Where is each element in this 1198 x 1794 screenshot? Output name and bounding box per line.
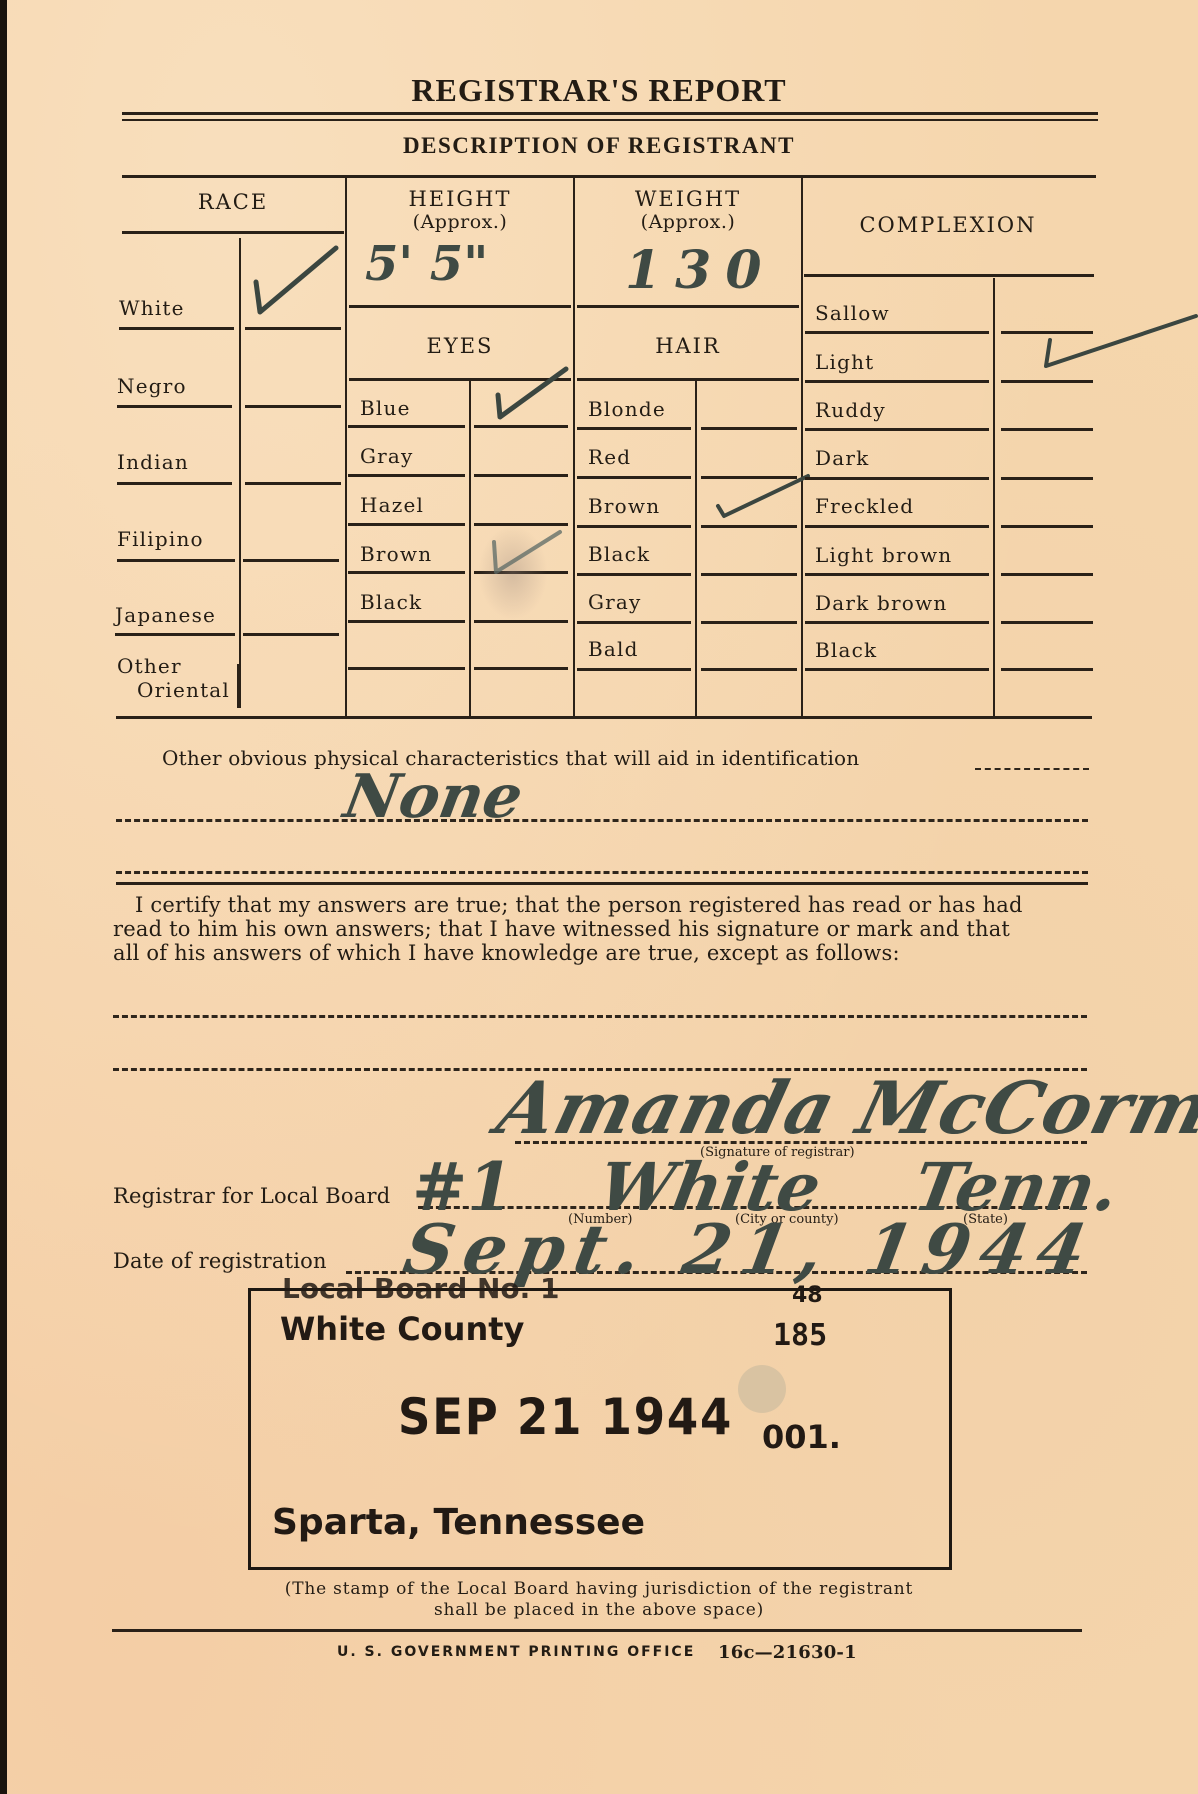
stamp-code-top: 48 — [792, 1283, 823, 1308]
height-value-rule — [349, 305, 571, 308]
date-label: Date of registration — [113, 1249, 327, 1273]
certification-line-1: I certify that my answers are true; that… — [135, 893, 1023, 917]
table-top-rule — [122, 175, 1096, 178]
stamp-board-number: Local Board No. 1 — [282, 1272, 560, 1305]
registrar-signature: Amanda McCormick — [489, 1065, 1198, 1150]
complexion-freckled: Freckled — [815, 494, 914, 518]
physical-line-1 — [116, 819, 1088, 822]
complexion-ruddy: Ruddy — [815, 398, 886, 422]
race-row-rule — [117, 405, 232, 408]
hair-red: Red — [588, 445, 631, 469]
complexion-light-brown: Light brown — [815, 543, 952, 567]
eyes-row-rule — [348, 667, 465, 670]
stamp-county: White County — [280, 1310, 524, 1348]
page-title: REGISTRAR'S REPORT — [0, 72, 1198, 109]
race-header: RACE — [122, 191, 344, 213]
certification-line-3: all of his answers of which I have knowl… — [113, 941, 900, 965]
physical-dash-end — [975, 768, 1089, 770]
hair-row-rule — [577, 668, 691, 671]
form-code: 16c—21630-1 — [718, 1641, 857, 1665]
complexion-sallow: Sallow — [815, 301, 890, 325]
complexion-row-rule — [805, 331, 989, 334]
hair-black: Black — [588, 542, 650, 566]
race-filipino: Filipino — [117, 527, 204, 551]
race-oriental-end — [237, 664, 239, 708]
race-row-rule — [117, 482, 232, 485]
hair-bald: Bald — [588, 637, 639, 661]
complexion-dark: Dark — [815, 446, 869, 470]
certification-line-2: read to him his own answers; that I have… — [113, 917, 1010, 941]
stamp-code-bottom: 001. — [762, 1418, 841, 1456]
complexion-row-rule — [1001, 573, 1093, 576]
race-white: White — [119, 296, 185, 320]
printer-credit: U. S. GOVERNMENT PRINTING OFFICE — [337, 1644, 695, 1660]
eyes-brown: Brown — [360, 542, 432, 566]
height-sub: (Approx.) — [347, 211, 573, 233]
race-row-rule — [115, 633, 235, 636]
scan-edge — [0, 0, 7, 1794]
eyes-row-rule — [474, 667, 568, 670]
eyes-hazel: Hazel — [360, 493, 424, 517]
hair-row-rule — [577, 427, 691, 430]
complexion-light: Light — [815, 350, 874, 374]
checkmark-icon — [1038, 310, 1198, 370]
hair-header: HAIR — [575, 335, 801, 357]
weight-value-rule — [577, 305, 799, 308]
eyes-header: EYES — [347, 335, 573, 357]
race-other: Other — [117, 654, 182, 678]
checkmark-icon — [490, 365, 570, 425]
height-header: HEIGHT — [347, 188, 573, 210]
eyes-row-rule — [348, 620, 465, 623]
complexion-row-rule — [805, 621, 989, 624]
complexion-row-rule — [1001, 621, 1093, 624]
hair-blonde: Blonde — [588, 397, 666, 421]
checkmark-icon — [712, 472, 812, 522]
eyes-row-rule — [348, 425, 465, 428]
eyes-row-rule — [474, 425, 568, 428]
race-row-rule — [119, 327, 234, 330]
complexion-row-rule — [805, 525, 989, 528]
complexion-header-rule — [804, 274, 1094, 277]
race-negro: Negro — [117, 374, 187, 398]
complexion-header: COMPLEXION — [803, 214, 1093, 236]
weight-header: WEIGHT — [575, 188, 801, 210]
race-row-rule — [243, 633, 339, 636]
stamp-caption-2: shall be placed in the above space) — [0, 1598, 1198, 1622]
eyes-blue: Blue — [360, 396, 411, 420]
hair-row-rule — [577, 573, 691, 576]
weight-value: 130 — [625, 240, 776, 301]
race-japanese: Japanese — [115, 603, 216, 627]
checkmark-icon — [248, 240, 343, 320]
table-bottom-rule — [116, 716, 1092, 719]
complexion-row-rule — [805, 428, 989, 431]
complexion-row-rule — [1001, 477, 1093, 480]
eyes-row-rule — [348, 523, 465, 526]
hair-row-rule — [701, 427, 797, 430]
complexion-row-rule — [1001, 380, 1093, 383]
complexion-row-rule — [1001, 428, 1093, 431]
col-divider-race — [345, 178, 347, 716]
section-rule — [116, 882, 1088, 885]
col-divider-race-check — [239, 238, 241, 708]
eyes-gray: Gray — [360, 444, 414, 468]
hair-row-rule — [577, 621, 691, 624]
race-row-rule — [245, 405, 341, 408]
col-divider-hair-check — [695, 380, 697, 716]
hair-gray: Gray — [588, 590, 642, 614]
eyes-row-rule — [348, 474, 465, 477]
race-row-rule — [243, 559, 339, 562]
stamp-location: Sparta, Tennessee — [272, 1502, 645, 1543]
hair-row-rule — [701, 525, 797, 528]
col-divider-weight — [801, 178, 803, 716]
hair-row-rule — [701, 573, 797, 576]
complexion-dark-brown: Dark brown — [815, 591, 947, 615]
complexion-row-rule — [805, 477, 989, 480]
race-header-rule — [122, 231, 344, 234]
physical-line-2 — [116, 871, 1088, 874]
exception-line-1 — [113, 1015, 1087, 1018]
race-row-rule — [117, 559, 235, 562]
eyes-row-rule — [474, 474, 568, 477]
hair-row-rule — [701, 621, 797, 624]
col-divider-complexion-check — [993, 278, 995, 716]
complexion-black: Black — [815, 638, 877, 662]
local-board-label: Registrar for Local Board — [113, 1184, 390, 1208]
complexion-row-rule — [805, 380, 989, 383]
section-title: DESCRIPTION OF REGISTRANT — [0, 133, 1198, 159]
hair-brown: Brown — [588, 494, 660, 518]
title-rule-bottom — [122, 119, 1098, 121]
hair-row-rule — [577, 525, 691, 528]
footer-rule — [112, 1629, 1082, 1632]
complexion-row-rule — [1001, 668, 1093, 671]
hair-row-rule — [577, 476, 691, 479]
stamp-code-mid: 185 — [773, 1318, 827, 1353]
title-rule-top — [122, 112, 1098, 115]
eyes-row-rule — [474, 620, 568, 623]
hair-header-rule — [577, 378, 799, 381]
complexion-row-rule — [1001, 525, 1093, 528]
weight-sub: (Approx.) — [575, 211, 801, 233]
race-indian: Indian — [117, 450, 189, 474]
complexion-row-rule — [805, 668, 989, 671]
checkmark-icon — [486, 528, 566, 578]
complexion-row-rule — [805, 573, 989, 576]
stamp-date: SEP 21 1944 — [398, 1388, 733, 1446]
eyes-row-rule — [348, 571, 465, 574]
race-oriental: Oriental — [137, 678, 230, 702]
col-divider-height — [573, 178, 575, 716]
race-row-rule — [245, 327, 341, 330]
ink-smudge — [738, 1365, 786, 1413]
eyes-black: Black — [360, 590, 422, 614]
col-divider-eyes-check — [469, 380, 471, 716]
race-row-rule — [245, 482, 341, 485]
height-value: 5' 5" — [365, 236, 488, 292]
hair-row-rule — [701, 668, 797, 671]
